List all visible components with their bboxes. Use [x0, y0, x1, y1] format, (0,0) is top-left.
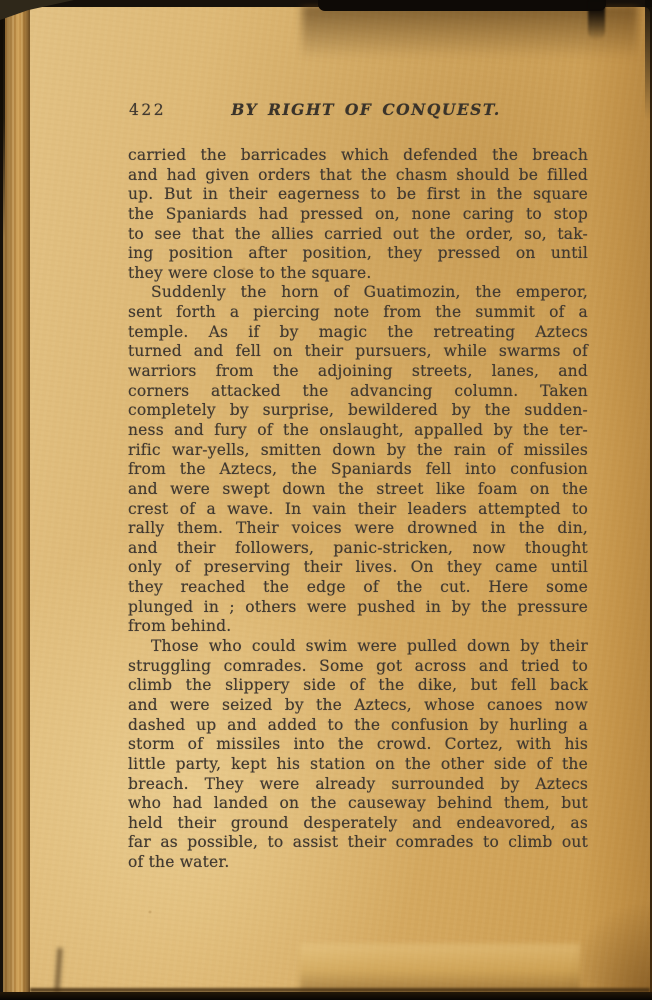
text-line: climb the slippery side of the dike, but…	[128, 676, 588, 696]
text-line: little party, kept his station on the ot…	[128, 755, 588, 775]
running-title: BY RIGHT OF CONQUEST.	[128, 100, 588, 119]
text-line: up. But in their eagerness to be first i…	[128, 185, 588, 205]
top-bar-corner	[588, 0, 605, 40]
text-line: crest of a wave. In vain their leaders a…	[128, 500, 588, 520]
text-line: corners attacked the advancing column. T…	[128, 382, 588, 402]
text-line: from the Aztecs, the Spaniards fell into…	[128, 460, 588, 480]
bottom-scan-smear	[300, 944, 580, 992]
running-header: 422 BY RIGHT OF CONQUEST.	[128, 100, 588, 120]
page-content: 422 BY RIGHT OF CONQUEST. carried the ba…	[30, 7, 650, 994]
text-line: and their followers, panic-stricken, now…	[128, 539, 588, 559]
text-line: struggling comrades. Some got across and…	[128, 657, 588, 677]
paragraph: carried the barricades which defended th…	[128, 146, 588, 283]
text-line: storm of missiles into the crowd. Cortez…	[128, 735, 588, 755]
top-right-scan-edge	[645, 0, 652, 120]
text-line: held their ground desperately and endeav…	[128, 814, 588, 834]
body-text: carried the barricades which defended th…	[128, 146, 588, 873]
text-line: rific war-yells, smitten down by the rai…	[128, 441, 588, 461]
text-line: they were close to the square.	[128, 264, 588, 284]
text-line: only of preserving their lives. On they …	[128, 558, 588, 578]
text-line: breach. They were already surrounded by …	[128, 775, 588, 795]
book-scan: 422 BY RIGHT OF CONQUEST. carried the ba…	[0, 0, 652, 1000]
text-line: who had landed on the causeway behind th…	[128, 794, 588, 814]
paragraph: Those who could swim were pulled down by…	[128, 637, 588, 873]
paragraph: Suddenly the horn of Guatimozin, the emp…	[128, 283, 588, 637]
text-line: turned and fell on their pursuers, while…	[128, 342, 588, 362]
text-line: from behind.	[128, 617, 588, 637]
page-number: 422	[129, 101, 166, 119]
text-line: the Spaniards had pressed on, none carin…	[128, 205, 588, 225]
text-line: far as possible, to assist their comrade…	[128, 833, 588, 853]
text-line: Those who could swim were pulled down by…	[128, 637, 588, 657]
left-scan-edge	[0, 0, 5, 340]
bottom-scan-edge	[0, 992, 652, 1000]
text-line: rally them. Their voices were drowned in…	[128, 519, 588, 539]
text-line: dashed up and added to the confusion by …	[128, 716, 588, 736]
text-line: and were seized by the Aztecs, whose can…	[128, 696, 588, 716]
text-line: and were swept down the street like foam…	[128, 480, 588, 500]
text-line: temple. As if by magic the retreating Az…	[128, 323, 588, 343]
text-line: they reached the edge of the cut. Here s…	[128, 578, 588, 598]
text-line: Suddenly the horn of Guatimozin, the emp…	[128, 283, 588, 303]
top-black-bar	[318, 0, 606, 11]
text-line: warriors from the adjoining streets, lan…	[128, 362, 588, 382]
text-line: sent forth a piercing note from the summ…	[128, 303, 588, 323]
text-line: ing position after position, they presse…	[128, 244, 588, 264]
text-line: and had given orders that the chasm shou…	[128, 166, 588, 186]
text-line: completely by surprise, bewildered by th…	[128, 401, 588, 421]
text-line: to see that the allies carried out the o…	[128, 225, 588, 245]
text-line: plunged in ; others were pushed in by th…	[128, 598, 588, 618]
text-line: of the water.	[128, 853, 588, 873]
text-line: carried the barricades which defended th…	[128, 146, 588, 166]
text-line: ness and fury of the onslaught, appalled…	[128, 421, 588, 441]
